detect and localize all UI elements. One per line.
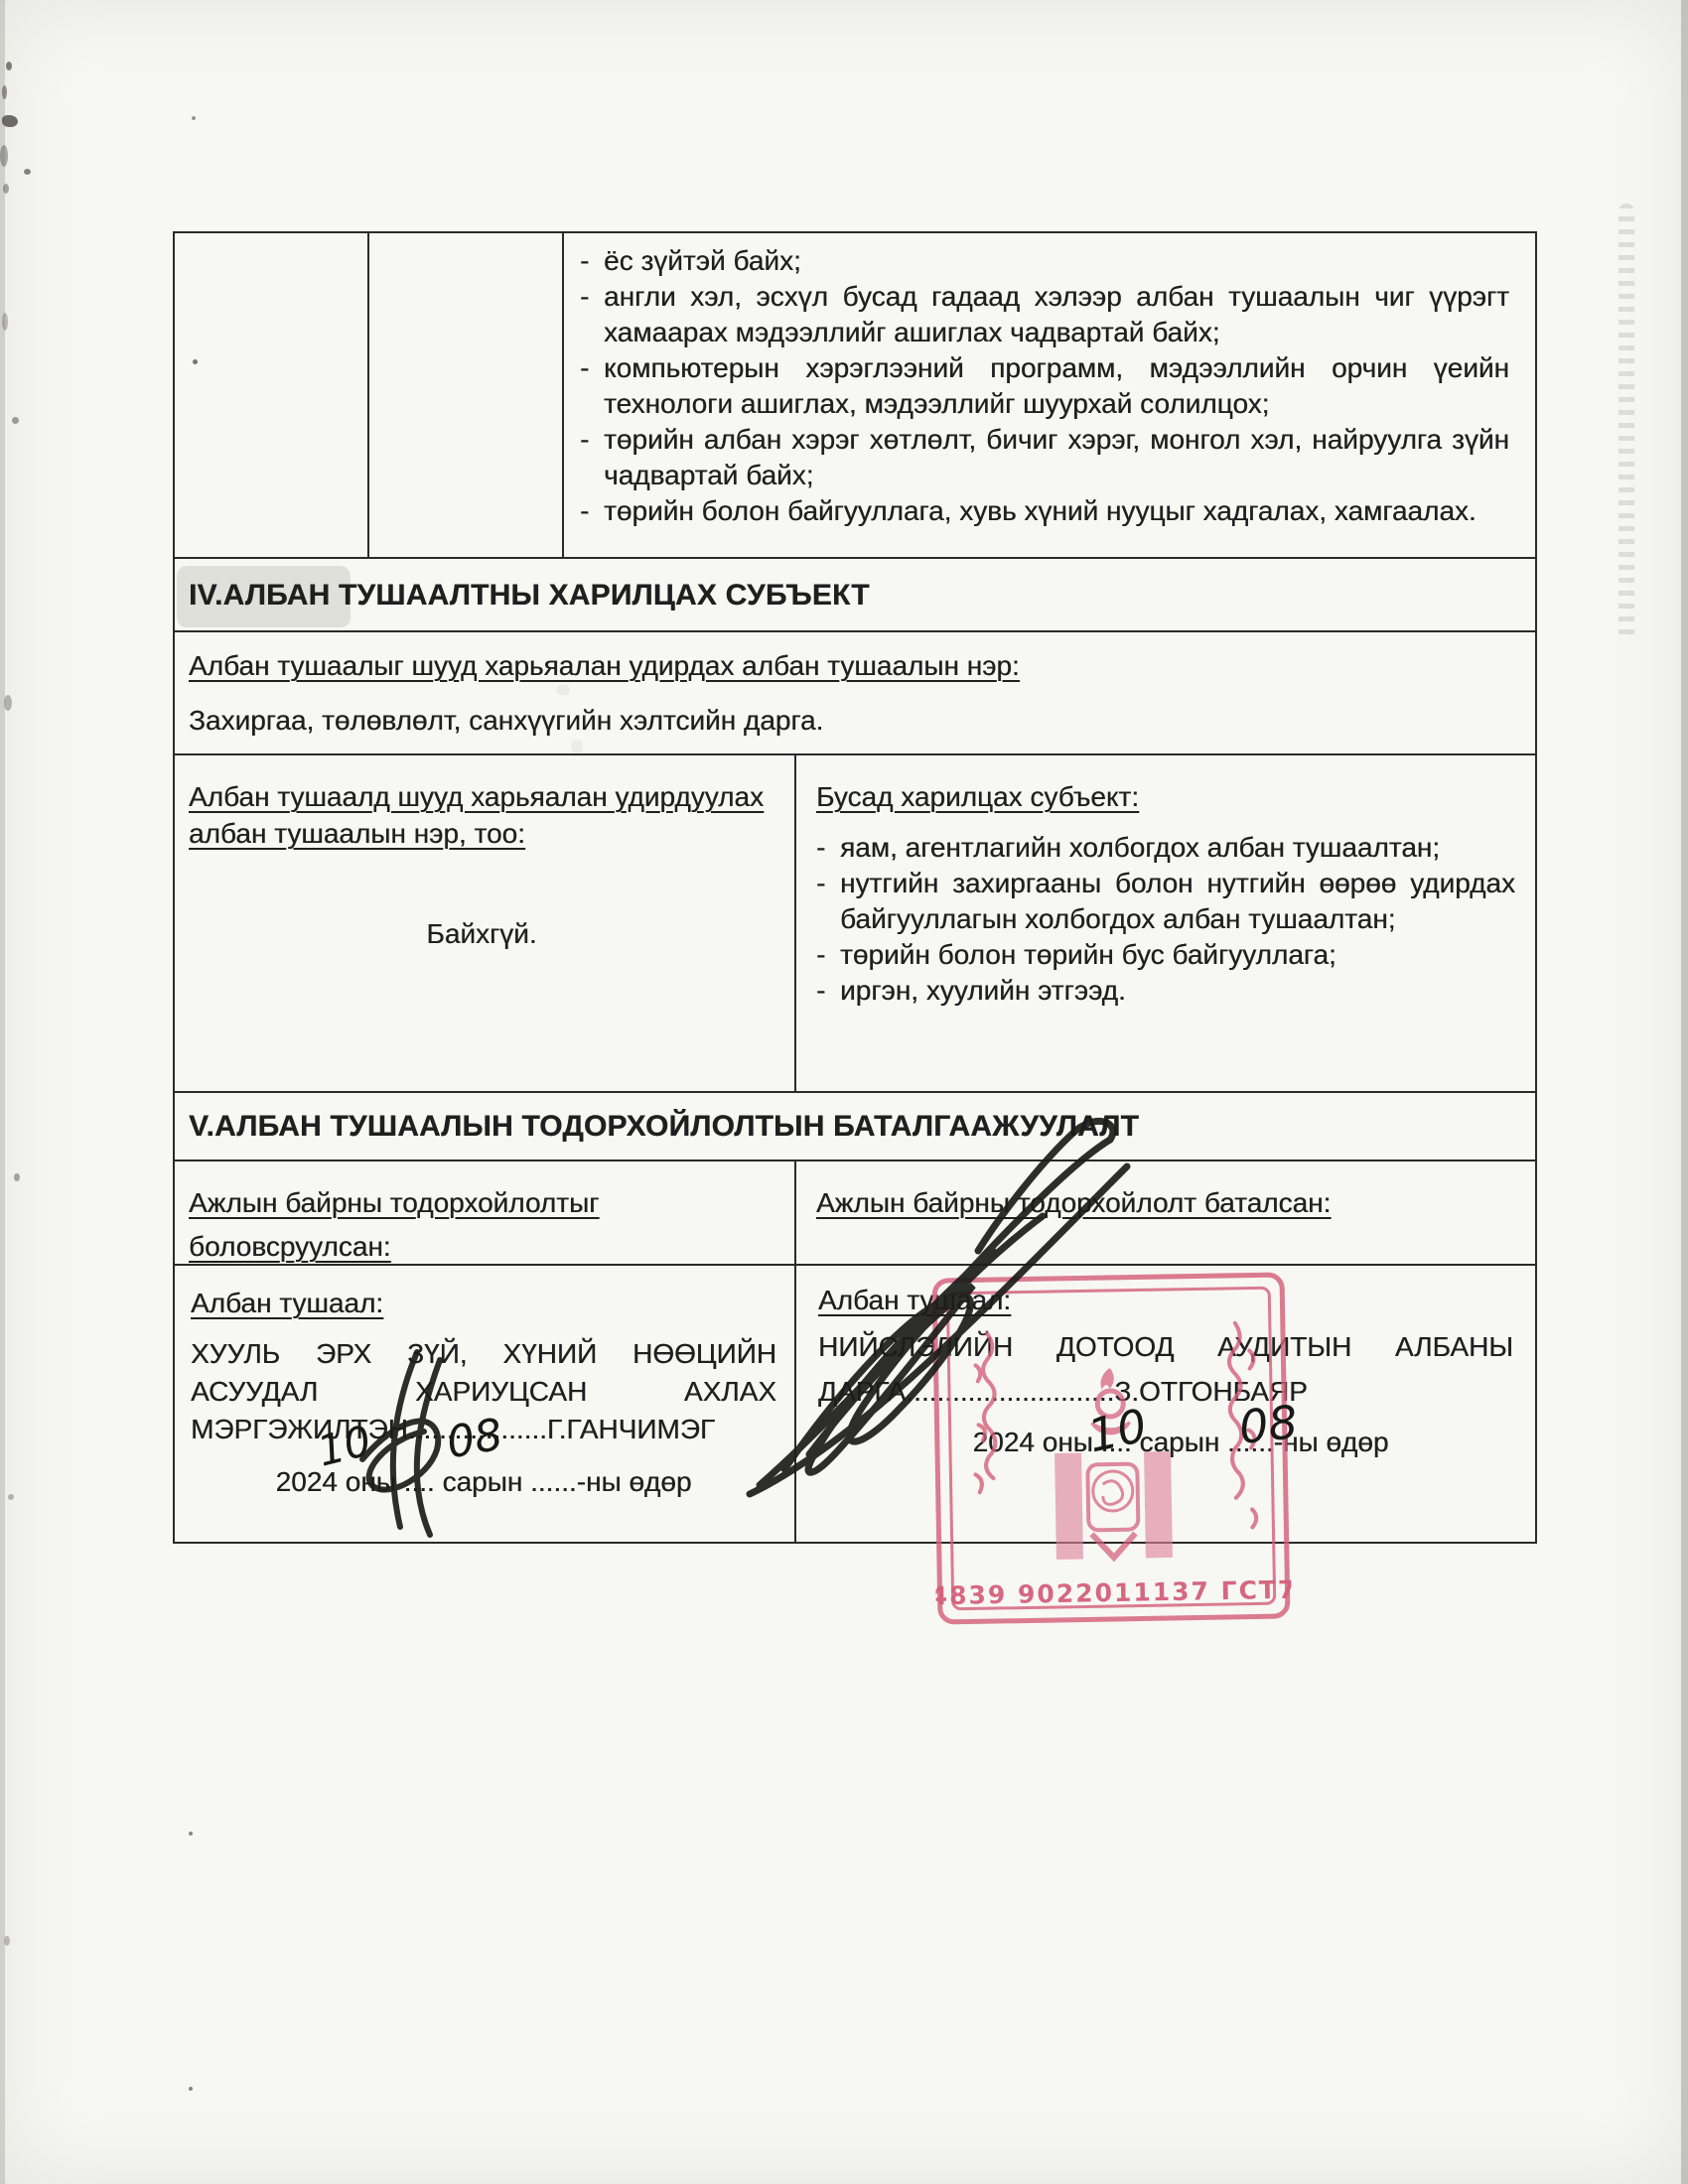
scan-speck — [14, 1173, 20, 1181]
developer-position-text: ХУУЛЬ ЭРХ ЗҮЙ, ХҮНИЙ НӨӨЦИЙН АСУУДАЛ ХАР… — [191, 1335, 776, 1448]
requirements-row: ёс зүйтэй байх; англи хэл, эсхүл бусад г… — [175, 233, 1535, 557]
scan-speck — [189, 2087, 193, 2091]
developed-by-cell: Ажлын байрны тодорхойлолтыг боловсруулса… — [175, 1161, 796, 1264]
bullet-dash-icon — [580, 493, 604, 529]
scan-edge-right — [1681, 0, 1688, 2184]
requirement-text: ёс зүйтэй байх; — [604, 243, 1509, 279]
subjects-row: Албан тушаалд шууд харьяалан удирдуулах … — [175, 753, 1535, 1091]
bullet-dash-icon — [816, 830, 840, 866]
approver-position-label: Албан тушаал: — [818, 1285, 1011, 1315]
scan-speck — [4, 695, 12, 711]
scan-speck — [3, 184, 9, 194]
approved-by-cell: Ажлын байрны тодорхойлолт баталсан: — [796, 1161, 1535, 1264]
section5-title: V.АЛБАН ТУШААЛЫН ТОДОРХОЙЛОЛТЫН БАТАЛГАА… — [175, 1093, 1535, 1144]
other-subject-text: яам, агентлагийн холбогдох албан тушаалт… — [840, 830, 1515, 866]
approved-by-label: Ажлын байрны тодорхойлолт баталсан: — [816, 1187, 1331, 1218]
other-subject-item: төрийн болон төрийн бус байгууллага; — [816, 937, 1515, 973]
requirement-item: төрийн болон байгууллага, хувь хүний нуу… — [580, 493, 1509, 529]
requirement-item: ёс зүйтэй байх; — [580, 243, 1509, 279]
scan-speck — [6, 62, 12, 70]
approver-line: ДАРГА...........................З.ОТГОНБ… — [818, 1369, 1513, 1414]
other-subject-text: иргэн, хуулийн этгээд. — [840, 973, 1515, 1009]
scanned-document-page: ёс зүйтэй байх; англи хэл, эсхүл бусад г… — [0, 0, 1688, 2184]
bullet-dash-icon — [816, 973, 840, 1009]
direct-manager-value: Захиргаа, төлөвлөлт, санхүүгийн хэлтсийн… — [189, 703, 1517, 739]
job-description-table: ёс зүйтэй байх; англи хэл, эсхүл бусад г… — [173, 231, 1537, 1544]
requirements-col-empty-2 — [369, 233, 564, 557]
direct-manager-label: Албан тушаалыг шууд харьяалан удирдах ал… — [189, 648, 1517, 684]
requirement-item: компьютерын хэрэглээний программ, мэдээл… — [580, 350, 1509, 422]
bullet-dash-icon — [816, 937, 840, 973]
developer-signature-cell: Албан тушаал: ХУУЛЬ ЭРХ ЗҮЙ, ХҮНИЙ НӨӨЦИ… — [175, 1266, 796, 1542]
requirement-text: компьютерын хэрэглээний программ, мэдээл… — [604, 350, 1509, 422]
stamp-numbers: 5814839 9022011137 ГСТ7256 — [930, 1574, 1292, 1611]
requirement-item: англи хэл, эсхүл бусад гадаад хэлээр алб… — [580, 279, 1509, 350]
subordinates-cell: Албан тушаалд шууд харьяалан удирдуулах … — [175, 755, 796, 1091]
developed-by-label: Ажлын байрны тодорхойлолтыг боловсруулса… — [189, 1187, 599, 1262]
requirements-col-empty-1 — [175, 233, 369, 557]
subordinates-label: Албан тушаалд шууд харьяалан удирдуулах … — [189, 778, 774, 852]
other-subjects-cell: Бусад харилцах субъект: яам, агентлагийн… — [796, 755, 1535, 1091]
approver-line: НИЙСЛЭЛИЙН ДОТООД АУДИТЫН АЛБАНЫ — [818, 1324, 1513, 1369]
scan-speck — [189, 1832, 193, 1836]
bullet-dash-icon — [816, 866, 840, 937]
developer-line: МЭРГЭЖИЛТЭН..................Г.ГАНЧИМЭГ — [191, 1411, 776, 1448]
requirement-text: төрийн болон байгууллага, хувь хүний нуу… — [604, 493, 1509, 529]
section4-title: IV.АЛБАН ТУШААЛТНЫ ХАРИЛЦАХ СУБЪЕКТ — [175, 559, 1535, 613]
other-subject-text: нутгийн захиргааны болон нутгийн өөрөө у… — [840, 866, 1515, 937]
signatures-row: Албан тушаал: ХУУЛЬ ЭРХ ЗҮЙ, ХҮНИЙ НӨӨЦИ… — [175, 1264, 1535, 1542]
other-subject-item: яам, агентлагийн холбогдох албан тушаалт… — [816, 830, 1515, 866]
developer-date-line: 2024 оны .... сарын ......-ны өдөр — [191, 1466, 776, 1498]
scan-speck — [12, 417, 19, 424]
requirements-list: ёс зүйтэй байх; англи хэл, эсхүл бусад г… — [564, 233, 1535, 557]
approver-position-text: НИЙСЛЭЛИЙН ДОТООД АУДИТЫН АЛБАНЫ ДАРГА..… — [818, 1324, 1513, 1414]
subordinates-value: Байхгүй. — [189, 915, 774, 952]
scan-noise-band — [1618, 204, 1634, 640]
other-subject-item: нутгийн захиргааны болон нутгийн өөрөө у… — [816, 866, 1515, 937]
bullet-dash-icon — [580, 279, 604, 350]
section5-header-row: V.АЛБАН ТУШААЛЫН ТОДОРХОЙЛОЛТЫН БАТАЛГАА… — [175, 1091, 1535, 1160]
scan-speck — [4, 1936, 10, 1946]
direct-manager-row: Албан тушаалыг шууд харьяалан удирдах ал… — [175, 630, 1535, 753]
approver-date-line: 2024 оны .... сарын ......-ны өдөр — [818, 1427, 1513, 1458]
other-subject-item: иргэн, хуулийн этгээд. — [816, 973, 1515, 1009]
other-subjects-label: Бусад харилцах субъект: — [816, 778, 1515, 815]
scan-speck — [2, 313, 8, 331]
scan-speck — [2, 85, 7, 99]
bullet-dash-icon — [580, 243, 604, 279]
scan-speck — [2, 115, 18, 127]
scan-speck — [24, 169, 31, 175]
approver-signature-cell: Албан тушаал: НИЙСЛЭЛИЙН ДОТООД АУДИТЫН … — [796, 1266, 1535, 1542]
approval-labels-row: Ажлын байрны тодорхойлолтыг боловсруулса… — [175, 1160, 1535, 1264]
scan-speck — [8, 1494, 14, 1500]
requirement-text: англи хэл, эсхүл бусад гадаад хэлээр алб… — [604, 279, 1509, 350]
other-subject-text: төрийн болон төрийн бус байгууллага; — [840, 937, 1515, 973]
section4-header-row: IV.АЛБАН ТУШААЛТНЫ ХАРИЛЦАХ СУБЪЕКТ — [175, 557, 1535, 630]
bullet-dash-icon — [580, 350, 604, 422]
developer-line: АСУУДАЛ ХАРИУЦСАН АХЛАХ — [191, 1373, 776, 1411]
scan-speck — [192, 116, 196, 120]
scan-speck — [0, 145, 8, 167]
developer-position-label: Албан тушаал: — [191, 1288, 383, 1318]
bullet-dash-icon — [580, 422, 604, 493]
requirement-item: төрийн албан хэрэг хөтлөлт, бичиг хэрэг,… — [580, 422, 1509, 493]
requirement-text: төрийн албан хэрэг хөтлөлт, бичиг хэрэг,… — [604, 422, 1509, 493]
developer-line: ХУУЛЬ ЭРХ ЗҮЙ, ХҮНИЙ НӨӨЦИЙН — [191, 1335, 776, 1373]
